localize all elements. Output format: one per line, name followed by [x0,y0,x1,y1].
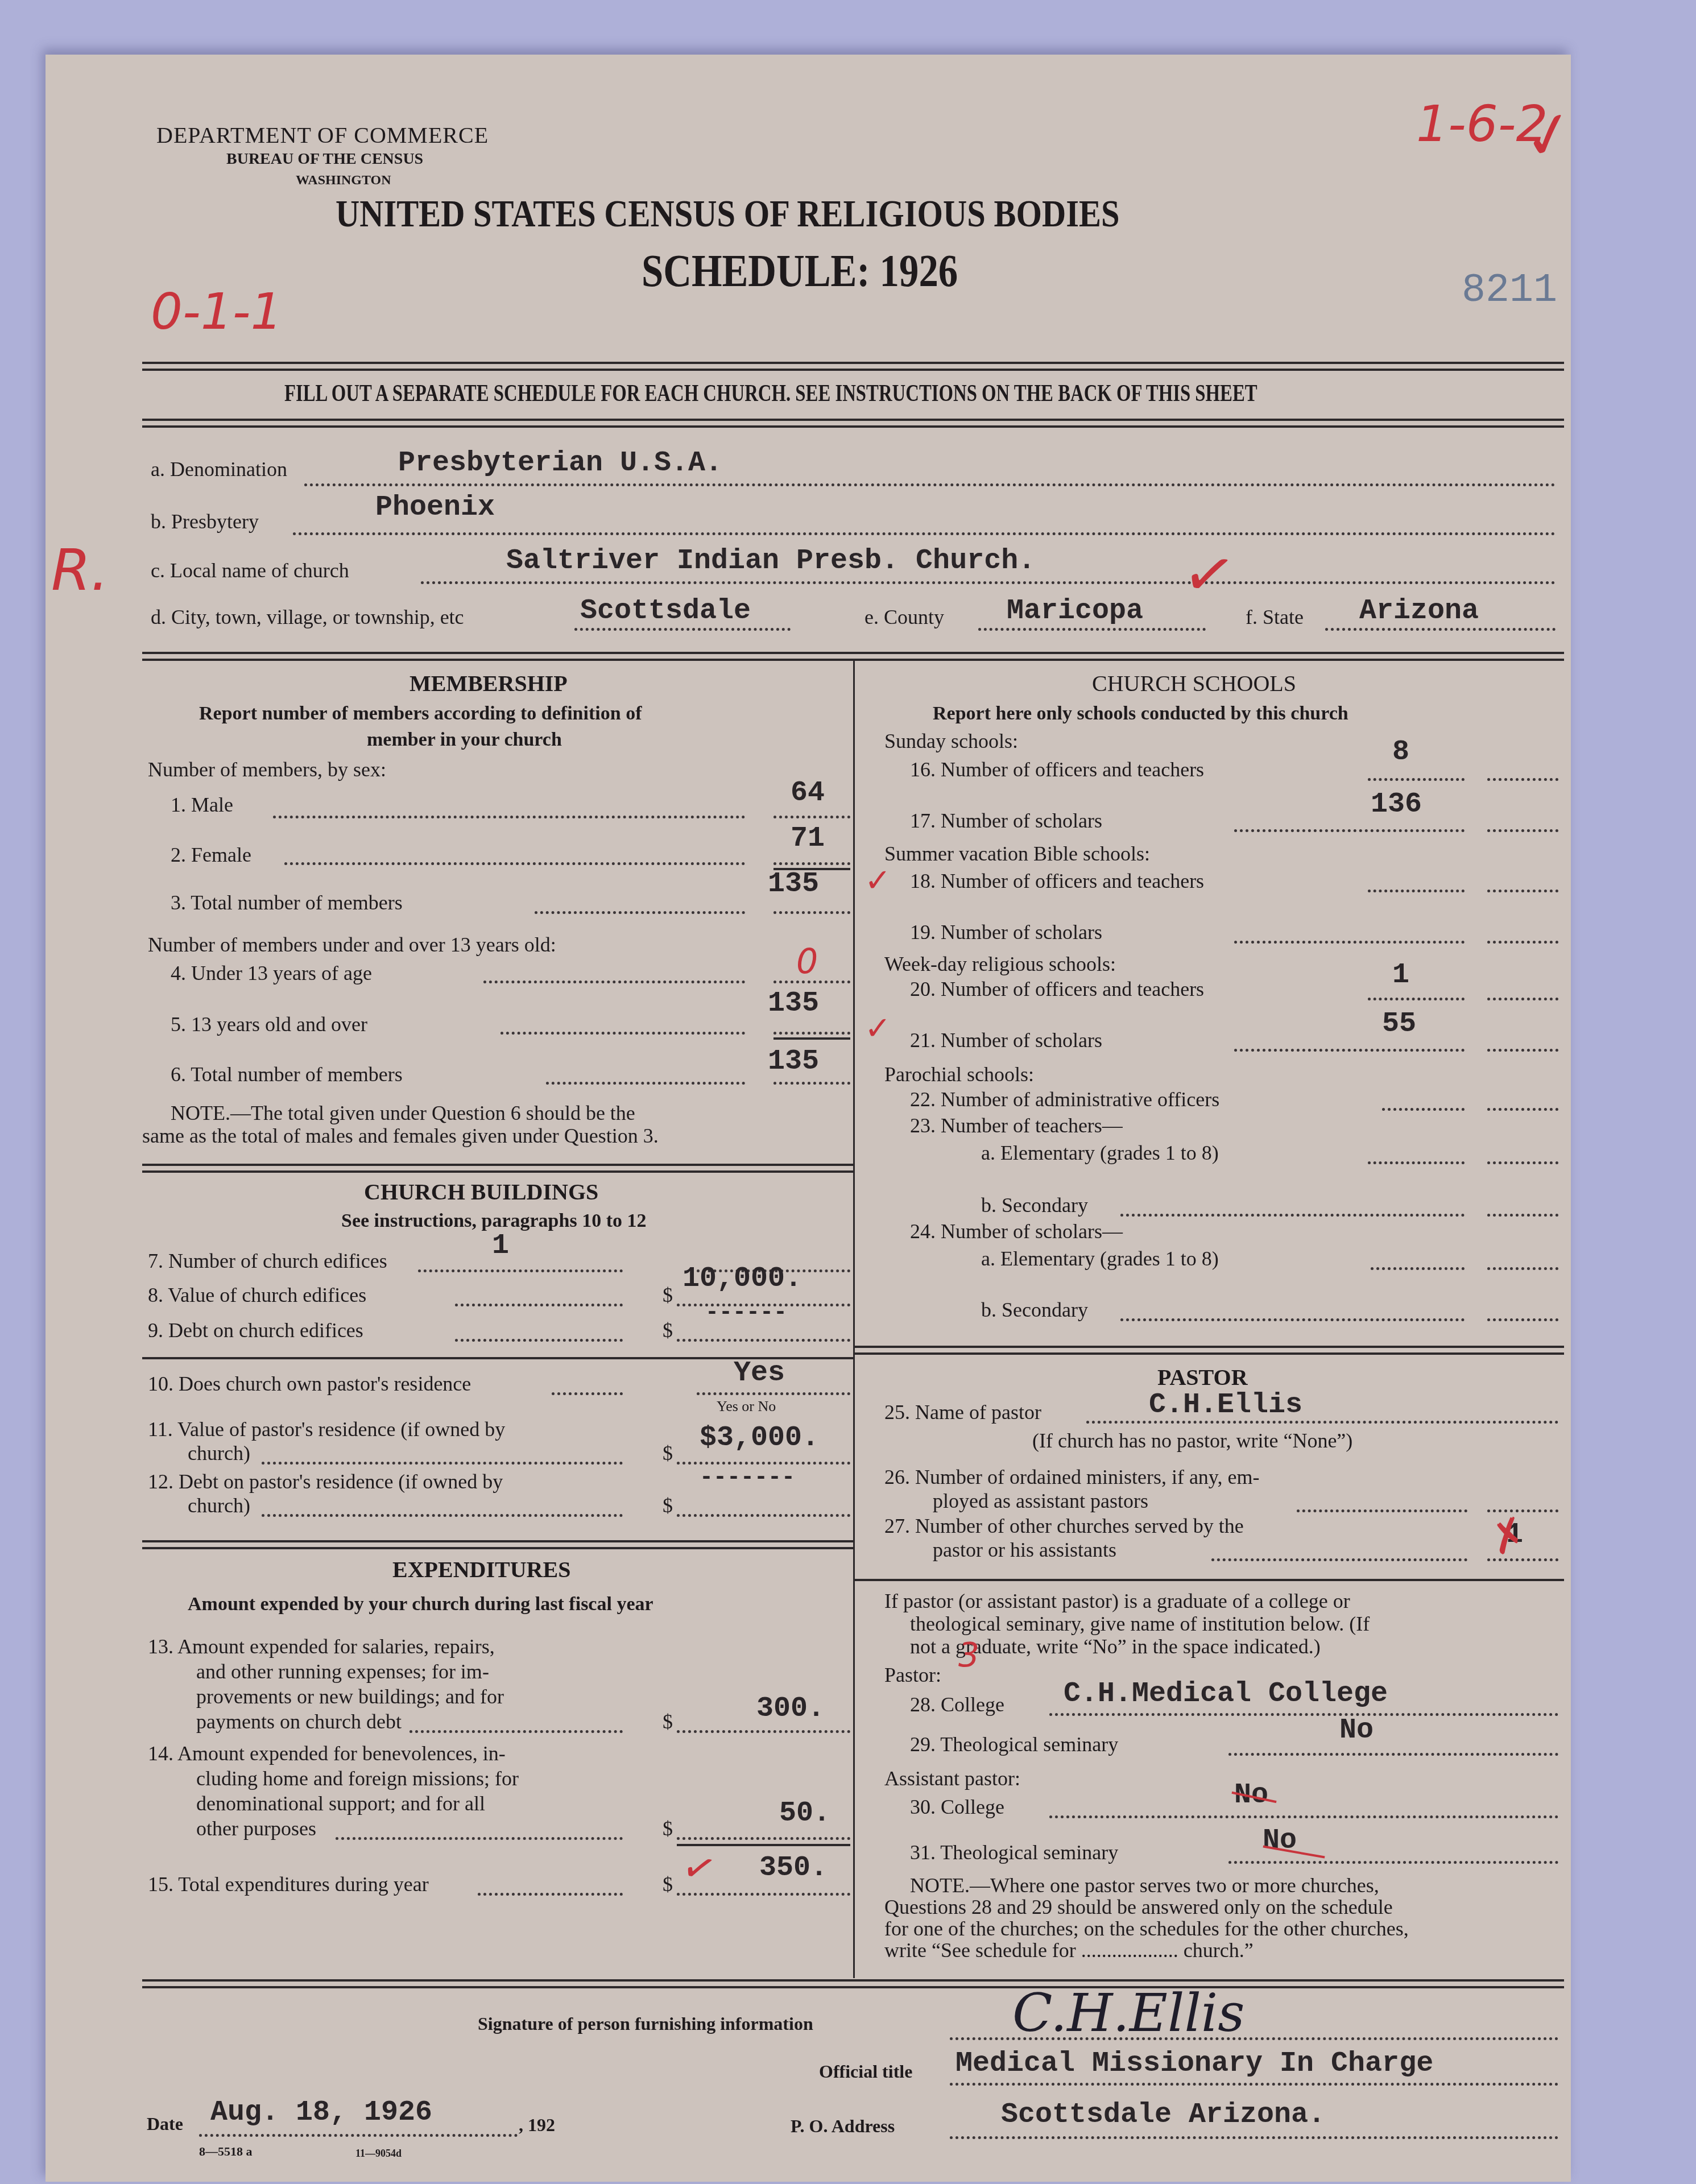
header-divider [142,362,1564,371]
date-field[interactable]: Aug. 18, 1926 [210,2096,432,2129]
official-title-field[interactable]: Medical Missionary In Charge [955,2047,1433,2080]
church-name-field[interactable]: Saltriver Indian Presb. Church. [506,545,1035,577]
official-title-line [950,2083,1558,2086]
q15-currency: $ [663,1872,673,1896]
q3-line [535,911,745,914]
red-cross-mark-icon: ✗ [1483,1506,1534,1566]
members-by-age-label: Number of members under and over 13 year… [148,933,556,957]
q8-currency: $ [663,1283,673,1307]
q12-line [262,1514,623,1517]
q14-label-line-3: denominational support; and for all [196,1792,485,1815]
pastor-note-4: write “See schedule for ................… [884,1938,1254,1962]
q13-running-expenses-field[interactable]: 300. [756,1693,825,1725]
q16-label: 16. Number of officers and teachers [910,758,1204,781]
city-label: d. City, town, village, or township, etc [151,605,464,629]
q12-residence-debt-label: 12. Debt on pastor's residence (if owned… [148,1470,503,1494]
q7-line [418,1269,623,1272]
pastor-subsection-label: Pastor: [884,1663,941,1687]
q22-label: 22. Number of administrative officers [910,1087,1219,1111]
q19-line [1234,941,1465,944]
q7-edifices-field[interactable]: 1 [492,1230,509,1262]
q12-currency: $ [663,1494,673,1517]
presbytery-line [293,532,1556,535]
q10-residence-field[interactable]: Yes [734,1357,785,1389]
q13-currency: $ [663,1710,673,1734]
department-heading: DEPARTMENT OF COMMERCE [156,122,489,148]
q19-label: 19. Number of scholars [910,920,1102,944]
q5-answer-line [773,1032,850,1035]
q23b-line [1120,1214,1465,1217]
denomination-field[interactable]: Presbyterian U.S.A. [398,447,722,479]
presbytery-label: b. Presbytery [151,510,259,533]
instruction-divider [142,419,1564,428]
q3-answer-line [773,911,850,914]
q24a-answer-line [1487,1267,1558,1270]
q9-line [455,1339,623,1342]
q23b-label: b. Secondary [981,1193,1088,1217]
q4-under13-field[interactable]: 0 [796,942,818,982]
stamp-number: 8211 [1462,268,1557,313]
q16-line [1368,778,1465,781]
q24a-line [1371,1267,1465,1270]
q12-answer-line [677,1514,850,1517]
schools-divider [853,1346,1564,1355]
q23a-label: a. Elementary (grades 1 to 8) [981,1141,1219,1165]
q14-label-line-1: 14. Amount expended for benevolences, in… [148,1742,506,1765]
q21-weekday-scholars-field[interactable]: 55 [1382,1008,1416,1040]
church-schools-heading: CHURCH SCHOOLS [1092,670,1296,697]
pastor-red-number: 3 [958,1636,979,1674]
q21-line [1234,1049,1465,1052]
q9-answer-line [677,1339,850,1342]
q29-seminary-field[interactable]: No [1339,1714,1374,1747]
q22-answer-line [1487,1108,1558,1111]
q7-edifices-label: 7. Number of church edifices [148,1249,387,1273]
q2-line [284,862,745,865]
census-schedule-sheet: DEPARTMENT OF COMMERCE BUREAU OF THE CEN… [45,55,1571,2182]
q29-line [1228,1753,1558,1756]
city-field[interactable]: Scottsdale [580,595,751,627]
pastor-note-3: for one of the churches; on the schedule… [884,1917,1409,1941]
q4-line [483,981,745,983]
parochial-schools-label: Parochial schools: [884,1062,1034,1086]
q9-debt-label: 9. Debt on church edifices [148,1318,363,1342]
column-divider [853,659,855,1978]
q14-answer-line [677,1837,850,1840]
q27-label-2: pastor or his assistants [933,1538,1116,1562]
q13-label-line-2: and other running expenses; for im- [196,1660,489,1683]
q6-answer-line [773,1082,850,1085]
state-line [1325,628,1556,631]
q10-residence-label: 10. Does church own pastor's residence [148,1372,471,1396]
weekday-schools-label: Week-day religious schools: [884,952,1116,976]
q31-label: 31. Theological seminary [910,1840,1118,1864]
county-field[interactable]: Maricopa [1007,595,1143,627]
red-checkmark-icon: ✓ [864,862,891,899]
q10-line [552,1392,623,1395]
q24b-line [1120,1318,1465,1321]
q2-female-label: 2. Female [171,843,251,867]
q2-answer-line [773,862,850,865]
city-heading: WASHINGTON [296,173,391,188]
church-buildings-subtitle: See instructions, paragraphs 10 to 12 [341,1210,646,1232]
q16-sunday-teachers-field[interactable]: 8 [1392,736,1409,768]
q5-over13-label: 5. 13 years old and over [171,1012,367,1036]
q25-hint: (If church has no pastor, write “None”) [1032,1429,1352,1453]
q27-line [1211,1558,1467,1561]
red-checkmark-icon: ✓ [677,1842,721,1896]
members-by-sex-label: Number of members, by sex: [148,758,386,781]
q1-male-field[interactable]: 64 [791,777,825,809]
q10-hint: Yes or No [717,1398,776,1415]
graduate-note: If pastor (or assistant pastor) is a gra… [884,1589,1350,1613]
q3-total-label: 3. Total number of members [171,891,403,915]
q11-answer-line [677,1462,850,1465]
q29-label: 29. Theological seminary [910,1732,1118,1756]
q17-line [1234,829,1465,832]
form-number: 8—5518 a [199,2144,253,2159]
q1-answer-line [773,816,850,818]
city-line [574,628,791,631]
q23a-answer-line [1487,1161,1558,1164]
signature-label: Signature of person furnishing informati… [478,2013,813,2034]
q5-line [500,1032,745,1035]
q13-answer-line [677,1730,850,1733]
q9-debt-field[interactable]: ------ [705,1300,787,1326]
red-checkmark-icon: ✓ [1177,534,1242,615]
membership-subtitle: Report number of members according to de… [199,703,642,725]
q21-answer-line [1487,1049,1558,1052]
q20-answer-line [1487,998,1558,1000]
q21-label: 21. Number of scholars [910,1028,1102,1052]
q31-line [1228,1861,1558,1864]
q26-line [1297,1509,1467,1512]
buildings-divider [142,1540,853,1549]
assistant-pastor-label: Assistant pastor: [884,1767,1020,1790]
q2-female-field[interactable]: 71 [791,822,825,855]
church-name-line [421,581,1556,584]
membership-divider [142,1164,853,1173]
q26-label: 26. Number of ordained ministers, if any… [884,1465,1260,1489]
q24-label: 24. Number of scholars— [910,1219,1123,1243]
q26-answer-line [1487,1509,1558,1512]
q23b-answer-line [1487,1214,1558,1217]
q30-label: 30. College [910,1795,1004,1819]
q11-currency: $ [663,1441,673,1465]
q24a-label: a. Elementary (grades 1 to 8) [981,1247,1219,1271]
q10-answer-line [697,1392,850,1395]
expenditures-subtitle: Amount expended by your church during la… [188,1594,653,1615]
state-field[interactable]: Arizona [1359,595,1479,627]
denomination-label: a. Denomination [151,457,287,481]
state-label: f. State [1246,605,1304,629]
instruction-banner: FILL OUT A SEPARATE SCHEDULE FOR EACH CH… [284,380,1257,407]
q25-label: 25. Name of pastor [884,1400,1041,1424]
red-checkmark-icon: ✓ [864,1010,891,1047]
q13-label-line-1: 13. Amount expended for salaries, repair… [148,1635,495,1658]
q20-weekday-teachers-field[interactable]: 1 [1392,959,1409,991]
q8-line [455,1304,623,1306]
bureau-heading: BUREAU OF THE CENSUS [226,150,423,168]
margin-red-letter: R. [51,537,109,603]
q16-answer-line [1487,778,1558,781]
q6-total-label: 6. Total number of members [171,1062,403,1086]
pastor-note: NOTE.—Where one pastor serves two or mor… [910,1873,1379,1897]
q28-label: 28. College [910,1693,1004,1716]
date-line [199,2134,518,2137]
church-schools-subtitle: Report here only schools conducted by th… [933,703,1348,725]
q14-line [336,1837,623,1840]
q19-answer-line [1487,941,1558,944]
q15-total-label: 15. Total expenditures during year [148,1872,429,1896]
q13-label-line-4: payments on church debt [196,1710,402,1734]
summer-schools-label: Summer vacation Bible schools: [884,842,1150,866]
q11-line [262,1462,623,1465]
official-title-label: Official title [819,2061,912,2082]
q28-line [1049,1713,1558,1716]
q15-total-field[interactable]: 350. [759,1852,828,1884]
membership-note-2: same as the total of males and females g… [142,1124,659,1148]
q23a-line [1368,1161,1465,1164]
q23-label: 23. Number of teachers— [910,1114,1123,1137]
pastor-note-2: Questions 28 and 29 should be answered o… [884,1895,1393,1919]
membership-subtitle-2: member in your church [367,729,562,751]
q3-total-field[interactable]: 135 [768,868,819,900]
q11-residence-value-label-2: church) [188,1441,250,1465]
q13-line [409,1730,623,1733]
county-label: e. County [864,605,944,629]
q20-line [1368,998,1465,1000]
membership-heading: MEMBERSHIP [409,670,568,697]
po-address-line [950,2136,1558,2139]
q1-line [273,816,745,818]
q30-line [1049,1815,1558,1818]
signature-field[interactable]: C.H.Ellis [1012,1983,1244,2044]
date-suffix: , 192 [519,2115,555,2136]
q5-sum-rule [773,1037,850,1040]
po-address-label: P. O. Address [791,2116,895,2137]
q26-label-2: ployed as assistant pastors [933,1489,1148,1513]
schedule-year-title: SCHEDULE: 1926 [642,246,958,297]
q15-answer-line [677,1893,850,1896]
q15-line [478,1893,623,1896]
q28-college-field[interactable]: C.H.Medical College [1064,1678,1388,1710]
denomination-line [304,483,1556,486]
pastor-heading: PASTOR [1157,1364,1248,1391]
q14-currency: $ [663,1817,673,1840]
expenditures-heading: EXPENDITURES [392,1556,570,1583]
footer-divider [142,1979,1564,1988]
q1-male-label: 1. Male [171,793,233,817]
q14-benevolences-field[interactable]: 50. [779,1797,830,1830]
q9-currency: $ [663,1318,673,1342]
q5-over13-field[interactable]: 135 [768,987,819,1020]
q18-label: 18. Number of officers and teachers [910,869,1204,893]
pastor-subdivider [853,1579,1564,1581]
q8-value-label: 8. Value of church edifices [148,1283,366,1307]
q18-answer-line [1487,890,1558,892]
q18-line [1368,890,1465,892]
q25-pastor-name-field[interactable]: C.H.Ellis [1149,1389,1302,1421]
q20-label: 20. Number of officers and teachers [910,977,1204,1001]
q11-residence-value-field[interactable]: $3,000. [700,1422,819,1454]
sunday-schools-label: Sunday schools: [884,729,1018,753]
q12-residence-debt-field[interactable]: ------- [700,1465,795,1491]
date-label: Date [147,2113,183,2135]
q14-label-line-2: cluding home and foreign missions; for [196,1767,519,1790]
graduate-note-2: theological seminary, give name of insti… [910,1612,1370,1636]
q12-residence-debt-label-2: church) [188,1494,250,1517]
form-title: UNITED STATES CENSUS OF RELIGIOUS BODIES [336,191,1119,236]
q17-answer-line [1487,829,1558,832]
q27-label: 27. Number of other churches served by t… [884,1514,1244,1538]
membership-note: NOTE.—The total given under Question 6 s… [171,1101,635,1125]
q6-total-field[interactable]: 135 [768,1045,819,1078]
church-name-label: c. Local name of church [151,559,349,582]
church-buildings-heading: CHURCH BUILDINGS [364,1178,598,1205]
red-annotation-code: 0-1-1 [151,282,282,341]
q13-label-line-3: provements or new buildings; and for [196,1685,504,1709]
q8-value-field[interactable]: 10,000. [682,1263,802,1295]
q22-line [1382,1108,1465,1111]
po-address-field[interactable]: Scottsdale Arizona. [1001,2099,1325,2131]
q11-residence-value-label: 11. Value of pastor's residence (if owne… [148,1417,505,1441]
q24b-answer-line [1487,1318,1558,1321]
q17-label: 17. Number of scholars [910,809,1102,833]
red-checkmark-icon: ✓ [1516,94,1583,177]
q14-label-line-4: other purposes [196,1817,316,1840]
presbytery-field[interactable]: Phoenix [375,491,495,524]
q24b-label: b. Secondary [981,1298,1088,1322]
q6-line [546,1082,745,1085]
q4-under13-label: 4. Under 13 years of age [171,961,372,985]
county-line [978,628,1206,631]
print-number: 11—9054d [355,2148,402,2160]
q17-sunday-scholars-field[interactable]: 136 [1371,788,1422,821]
